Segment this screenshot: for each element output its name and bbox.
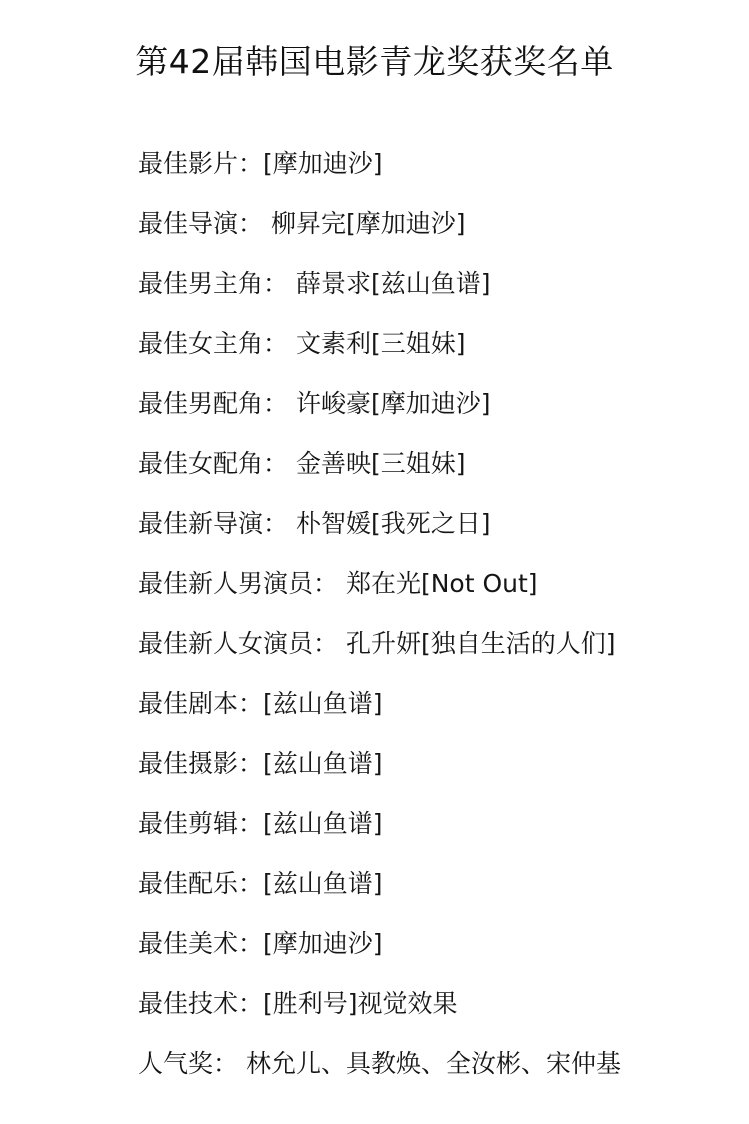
award-item-best-cinematography: 最佳摄影：[兹山鱼谱]: [138, 740, 621, 800]
award-item-best-actress: 最佳女主角： 文素利[三姐妹]: [138, 320, 621, 380]
award-winner: 许峻豪[摩加迪沙]: [288, 389, 490, 418]
award-winner: 孔升妍[独自生活的人们]: [338, 629, 615, 658]
award-item-best-new-actor: 最佳新人男演员： 郑在光[Not Out]: [138, 560, 621, 620]
award-winner: 郑在光[Not Out]: [338, 569, 538, 598]
award-category: 人气奖：: [138, 1049, 238, 1078]
award-category: 最佳导演：: [138, 209, 263, 238]
award-winner: [兹山鱼谱]: [263, 809, 383, 838]
award-item-best-new-actress: 最佳新人女演员： 孔升妍[独自生活的人们]: [138, 620, 621, 680]
award-category: 最佳男主角：: [138, 269, 288, 298]
award-item-best-supporting-actor: 最佳男配角： 许峻豪[摩加迪沙]: [138, 380, 621, 440]
award-item-popularity: 人气奖： 林允儿、具教焕、全汝彬、宋仲基: [138, 1040, 621, 1100]
award-winner: 文素利[三姐妹]: [288, 329, 465, 358]
award-item-best-art-direction: 最佳美术：[摩加迪沙]: [138, 920, 621, 980]
award-category: 最佳剪辑：: [138, 809, 263, 838]
award-item-best-film: 最佳影片：[摩加迪沙]: [138, 140, 621, 200]
award-item-best-new-director: 最佳新导演： 朴智媛[我死之日]: [138, 500, 621, 560]
award-winner: 金善映[三姐妹]: [288, 449, 465, 478]
award-item-best-actor: 最佳男主角： 薛景求[兹山鱼谱]: [138, 260, 621, 320]
award-category: 最佳新人女演员：: [138, 629, 338, 658]
award-winner: [兹山鱼谱]: [263, 869, 383, 898]
award-category: 最佳技术：: [138, 989, 263, 1018]
award-item-best-supporting-actress: 最佳女配角： 金善映[三姐妹]: [138, 440, 621, 500]
award-category: 最佳女配角：: [138, 449, 288, 478]
award-winner: [摩加迪沙]: [263, 149, 383, 178]
award-category: 最佳美术：: [138, 929, 263, 958]
award-winner: 柳昇完[摩加迪沙]: [263, 209, 465, 238]
award-category: 最佳摄影：: [138, 749, 263, 778]
award-list: 最佳影片：[摩加迪沙] 最佳导演： 柳昇完[摩加迪沙] 最佳男主角： 薛景求[兹…: [138, 140, 621, 1100]
award-winner: 林允儿、具教焕、全汝彬、宋仲基: [238, 1049, 621, 1078]
award-winner: 薛景求[兹山鱼谱]: [288, 269, 490, 298]
award-winner: [胜利号]视觉效果: [263, 989, 458, 1018]
award-winner: [摩加迪沙]: [263, 929, 383, 958]
award-category: 最佳新导演：: [138, 509, 288, 538]
award-category: 最佳新人男演员：: [138, 569, 338, 598]
page-title: 第42届韩国电影青龙奖获奖名单: [0, 38, 749, 86]
award-item-best-music: 最佳配乐：[兹山鱼谱]: [138, 860, 621, 920]
award-item-best-director: 最佳导演： 柳昇完[摩加迪沙]: [138, 200, 621, 260]
award-category: 最佳配乐：: [138, 869, 263, 898]
award-item-best-screenplay: 最佳剧本：[兹山鱼谱]: [138, 680, 621, 740]
award-item-best-technical: 最佳技术：[胜利号]视觉效果: [138, 980, 621, 1040]
award-category: 最佳影片：: [138, 149, 263, 178]
award-item-best-editing: 最佳剪辑：[兹山鱼谱]: [138, 800, 621, 860]
award-winner: [兹山鱼谱]: [263, 689, 383, 718]
award-category: 最佳剧本：: [138, 689, 263, 718]
award-category: 最佳男配角：: [138, 389, 288, 418]
award-category: 最佳女主角：: [138, 329, 288, 358]
award-winner: 朴智媛[我死之日]: [288, 509, 490, 538]
award-winner: [兹山鱼谱]: [263, 749, 383, 778]
